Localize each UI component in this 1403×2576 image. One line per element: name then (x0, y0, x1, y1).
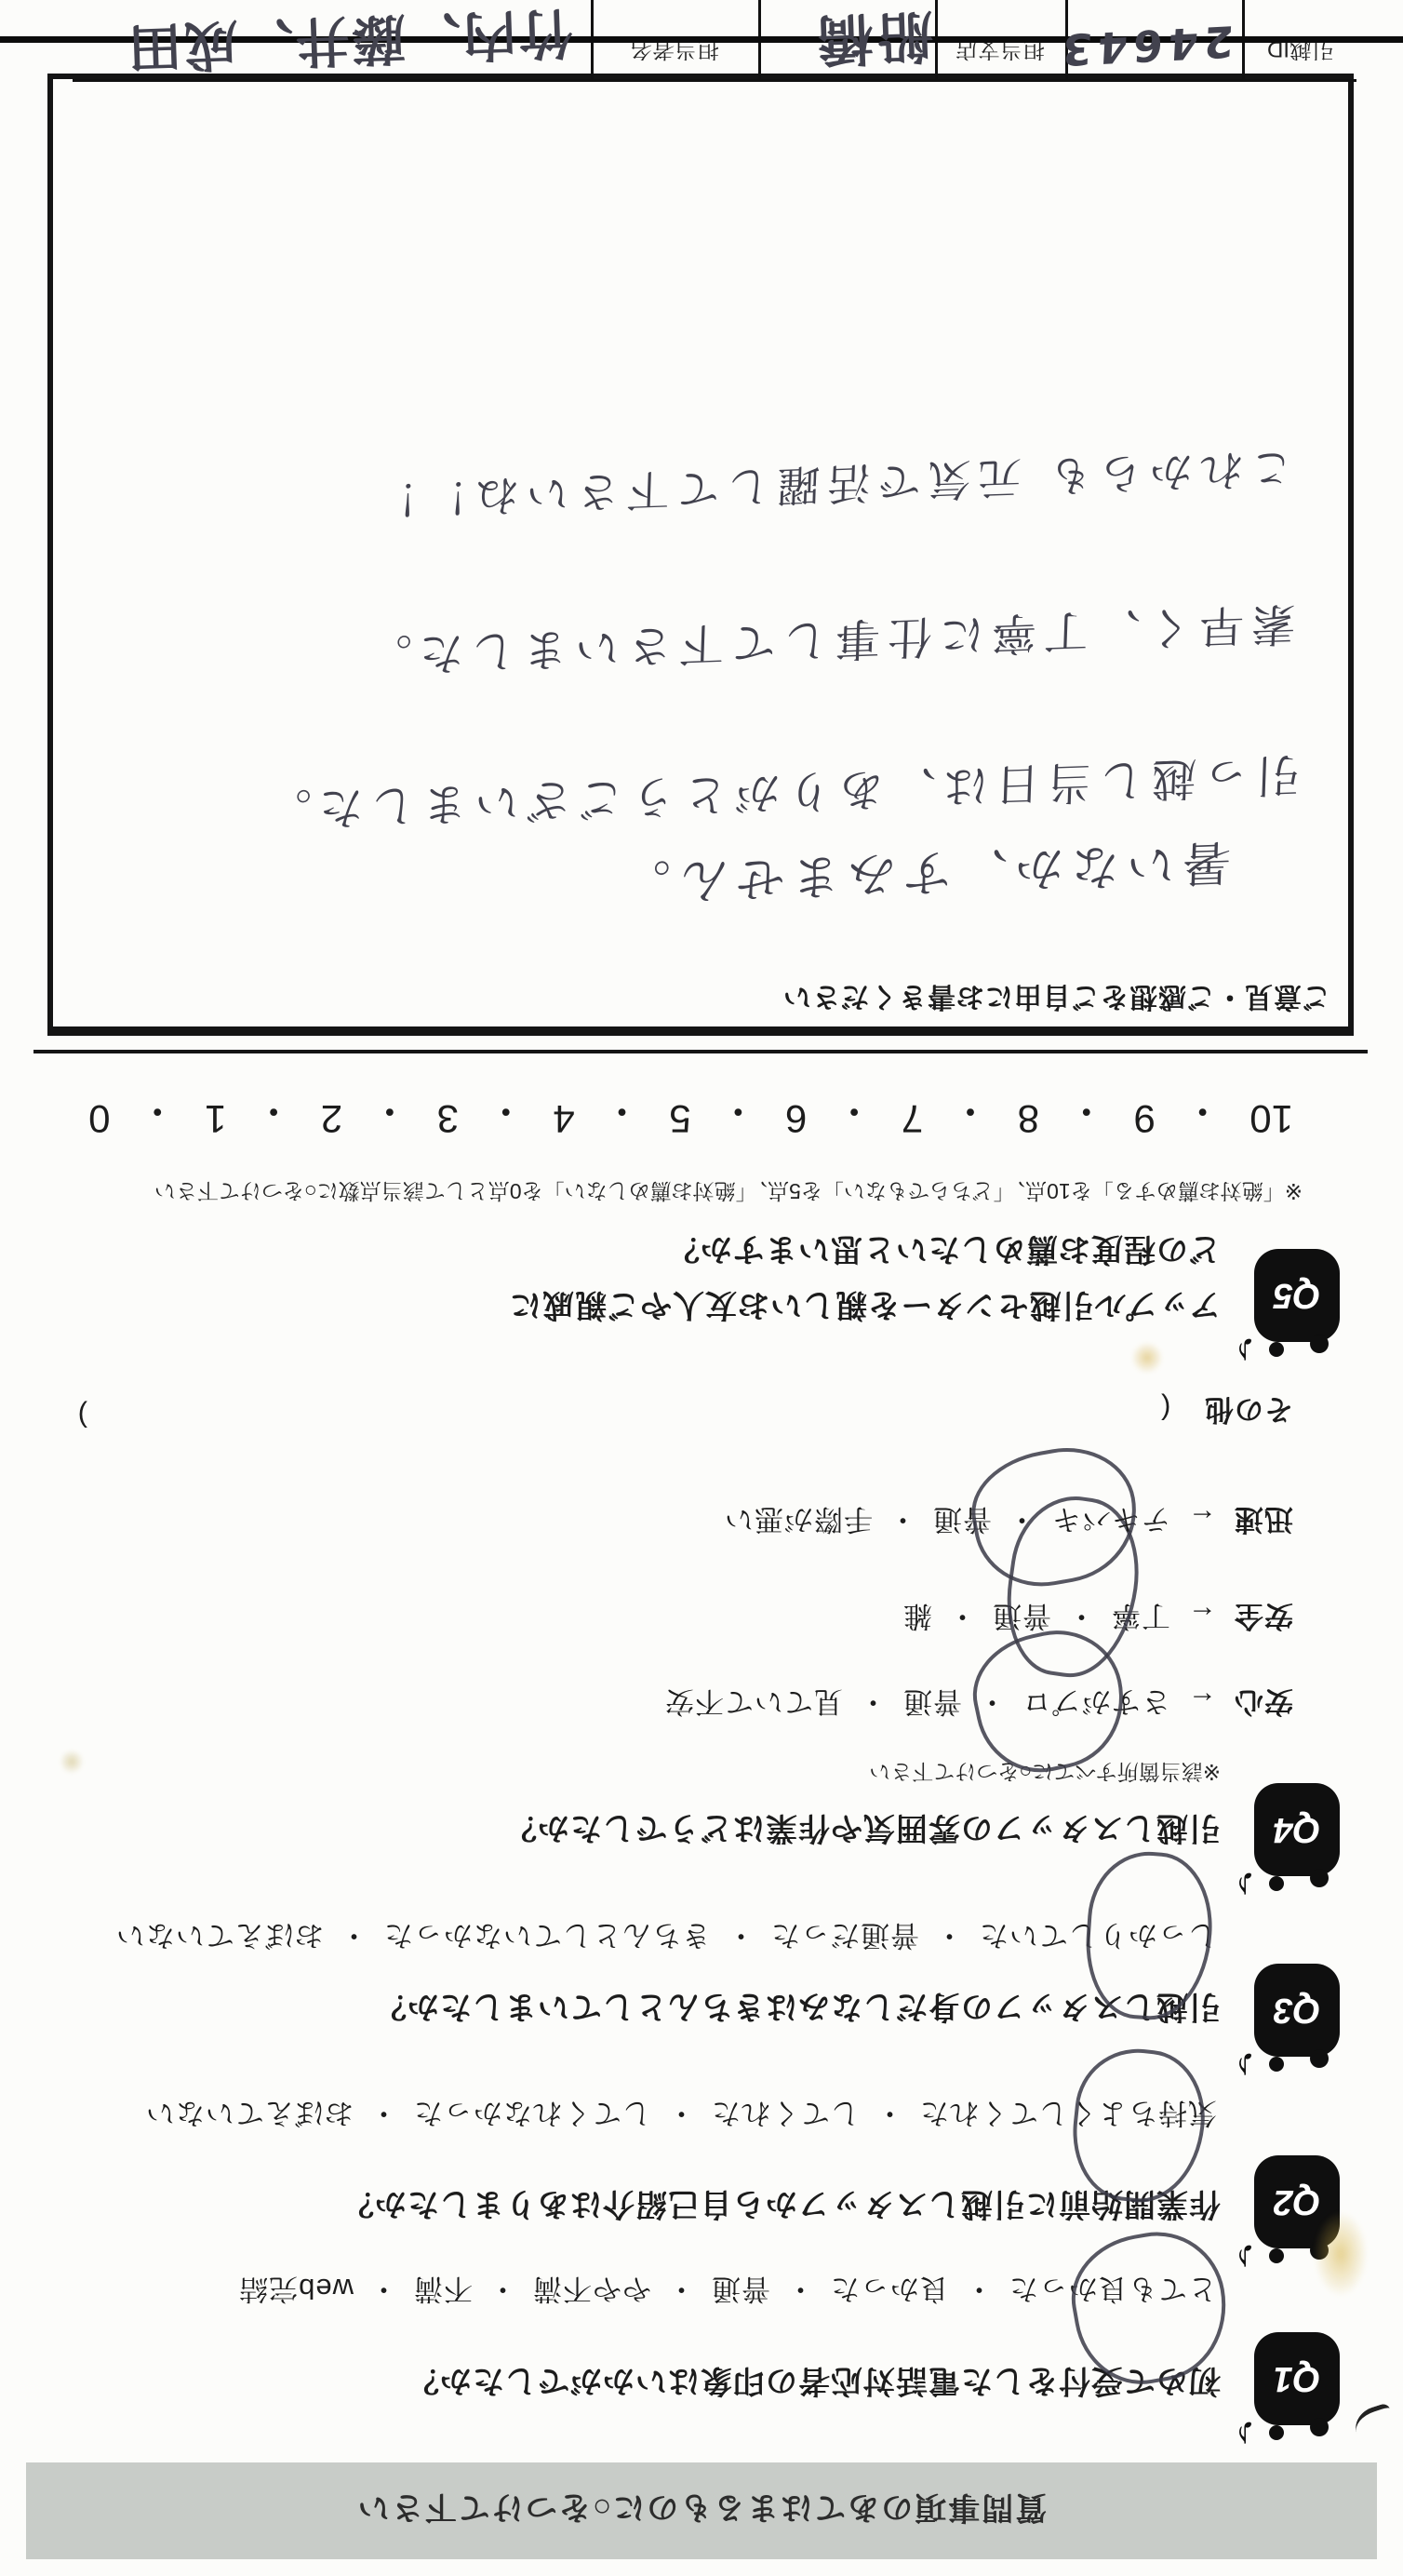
q2-options-row: 気持ちよくしてくれた・してくれた・してくれなかった・おぼえていない (145, 2095, 1217, 2137)
q4-other-close: ) (77, 1400, 87, 1433)
option-separator: ・ (785, 2273, 815, 2305)
handwritten-branch-name: 船橋 (813, 0, 935, 84)
scale-separator: ・ (602, 1085, 641, 1141)
scale-4: 4 (553, 1085, 574, 1141)
option-separator: ・ (875, 2097, 904, 2129)
scale-1: 1 (205, 1085, 226, 1141)
q3-option-4: おぼえていない (115, 1919, 324, 1952)
option-separator: ・ (964, 2273, 994, 2305)
scale-5: 5 (669, 1085, 690, 1141)
q3-options-row: しっかりしていた・普通だった・きちんとしていなかった・おぼえていない (115, 1917, 1217, 1959)
box-top-rule (33, 1050, 1368, 1053)
option-separator: ・ (339, 1919, 368, 1952)
scanned-survey-sheet: 質問事項のあてはまるものに○をつけて下さい Q1 ♪ 初めて受付をした電話対応者… (0, 0, 1403, 2576)
q4-question-text: 引越しスタッフの雰囲気や作業はどうでしたか？ (504, 1808, 1221, 1854)
option-separator: ・ (368, 2097, 398, 2129)
q4-other-row: その他 ( (1160, 1391, 1293, 1433)
handwritten-moving-id: 24643 (1056, 16, 1236, 75)
q4-badge-label: Q4 (1274, 1810, 1321, 1850)
music-note-icon: ♪ (1236, 2235, 1255, 2280)
q1-option-5: 不満 (413, 2273, 473, 2305)
scan-stain (60, 1750, 84, 1774)
scale-8: 8 (1018, 1085, 1039, 1141)
q5-question-line1: アップル引越センターを親しいお友人やご親戚に (509, 1285, 1221, 1331)
scale-separator: ・ (370, 1085, 409, 1141)
q3-badge-label: Q3 (1274, 1991, 1321, 2031)
other-open-paren: ( (1160, 1393, 1170, 1426)
q1-option-6: web完結 (238, 2273, 354, 2305)
q4-other-label: その他 (1204, 1393, 1293, 1426)
option-separator: ・ (888, 1503, 917, 1536)
scan-stain (1314, 2211, 1368, 2297)
instruction-text: 質問事項のあてはまるものに○をつけて下さい (356, 2489, 1048, 2534)
option-separator: ・ (934, 1919, 964, 1952)
q1-badge: Q1 ♪ (1254, 2332, 1340, 2425)
left-arrow-icon: ← (1187, 1600, 1217, 1632)
scale-separator: ・ (1067, 1085, 1106, 1141)
music-note-icon: ♪ (1236, 1863, 1255, 1908)
q4-row1-option-3: 見ていて不安 (664, 1685, 843, 1718)
q3-badge: Q3 ♪ (1254, 1964, 1340, 2057)
option-separator: ・ (666, 2097, 696, 2129)
scale-7: 7 (902, 1085, 923, 1141)
other-close-paren: ) (77, 1401, 87, 1433)
q2-option-4: おぼえていない (145, 2097, 354, 2129)
left-arrow-icon: ← (1187, 1685, 1217, 1718)
left-arrow-icon: ← (1187, 1503, 1217, 1536)
q5-note: ※「絶対お薦めする」を10点、「どちらでもない」を5点、「絶対お薦めしない」を0… (154, 1177, 1303, 1208)
comment-box-label: ご意見・ご感想をご自由にお書きください (782, 979, 1330, 1020)
option-separator: ・ (858, 1685, 888, 1718)
q5-badge-label: Q5 (1274, 1276, 1321, 1316)
option-separator: ・ (666, 2273, 696, 2305)
music-note-icon: ♪ (1236, 2412, 1255, 2457)
q3-option-3: きちんとしていなかった (383, 1919, 711, 1952)
scale-9: 9 (1133, 1085, 1155, 1141)
scale-2: 2 (321, 1085, 342, 1141)
q1-badge-label: Q1 (1274, 2359, 1321, 2399)
scale-0: 0 (88, 1085, 110, 1141)
q2-badge-label: Q2 (1274, 2182, 1321, 2222)
q4-row3-label: 迅速 (1234, 1503, 1293, 1536)
option-separator: ・ (726, 1919, 755, 1952)
q2-question-text: 作業開始前に引越しスタッフから自己紹介はありましたか？ (341, 2184, 1221, 2230)
scale-6: 6 (785, 1085, 807, 1141)
option-separator: ・ (947, 1600, 977, 1632)
q1-option-4: やや不満 (532, 2273, 651, 2305)
scale-separator: ・ (835, 1085, 874, 1141)
scale-separator: ・ (487, 1085, 526, 1141)
survey-page-rotated-180: 質問事項のあてはまるものに○をつけて下さい Q1 ♪ 初めて受付をした電話対応者… (0, 0, 1403, 2576)
option-separator: ・ (488, 2273, 517, 2305)
q4-row1-option-2: 普通 (902, 1685, 962, 1718)
music-note-icon: ♪ (1236, 1329, 1255, 1374)
q4-row3-option-3: 手際が悪い (724, 1503, 873, 1536)
scale-separator: ・ (951, 1085, 990, 1141)
q1-option-3: 普通 (711, 2273, 770, 2305)
q2-option-3: してくれなかった (413, 2097, 651, 2129)
scale-separator: ・ (1183, 1085, 1223, 1141)
handwritten-staff-names: 竹内、藤井、成田 (126, 0, 575, 91)
q3-question-text: 引越しスタッフの身だしなみはきちんとしていましたか？ (374, 1987, 1221, 2033)
scale-separator: ・ (254, 1085, 293, 1141)
q5-badge: Q5 ♪ (1254, 1249, 1340, 1342)
q5-question-line2: どの程度お薦めしたいと思いますか？ (667, 1229, 1221, 1275)
q4-badge: Q4 ♪ (1254, 1783, 1340, 1876)
scale-3: 3 (437, 1085, 459, 1141)
option-separator: ・ (368, 2273, 398, 2305)
q4-row2-option-3: 雑 (902, 1600, 932, 1632)
q4-row1-label: 安心 (1234, 1685, 1293, 1718)
q2-option-2: してくれた (711, 2097, 860, 2129)
q1-options-row: とても良かった・良かった・普通・やや不満・不満・web完結 (238, 2271, 1217, 2313)
scale-10: 10 (1249, 1085, 1293, 1141)
q5-score-scale: 10・ 9・ 8・ 7・ 6・ 5・ 4・ 3・ 2・ 1・ 0 (88, 1085, 1293, 1141)
scale-separator: ・ (138, 1085, 177, 1141)
instruction-bar: 質問事項のあてはまるものに○をつけて下さい (26, 2462, 1377, 2559)
scan-stain (1131, 1342, 1163, 1374)
music-note-icon: ♪ (1236, 2044, 1255, 2088)
q3-option-2: 普通だった (770, 1919, 919, 1952)
q1-option-2: 良かった (830, 2273, 949, 2305)
stray-pen-mark (1351, 2402, 1398, 2445)
scale-separator: ・ (718, 1085, 757, 1141)
q4-row2-label: 安全 (1234, 1600, 1293, 1632)
